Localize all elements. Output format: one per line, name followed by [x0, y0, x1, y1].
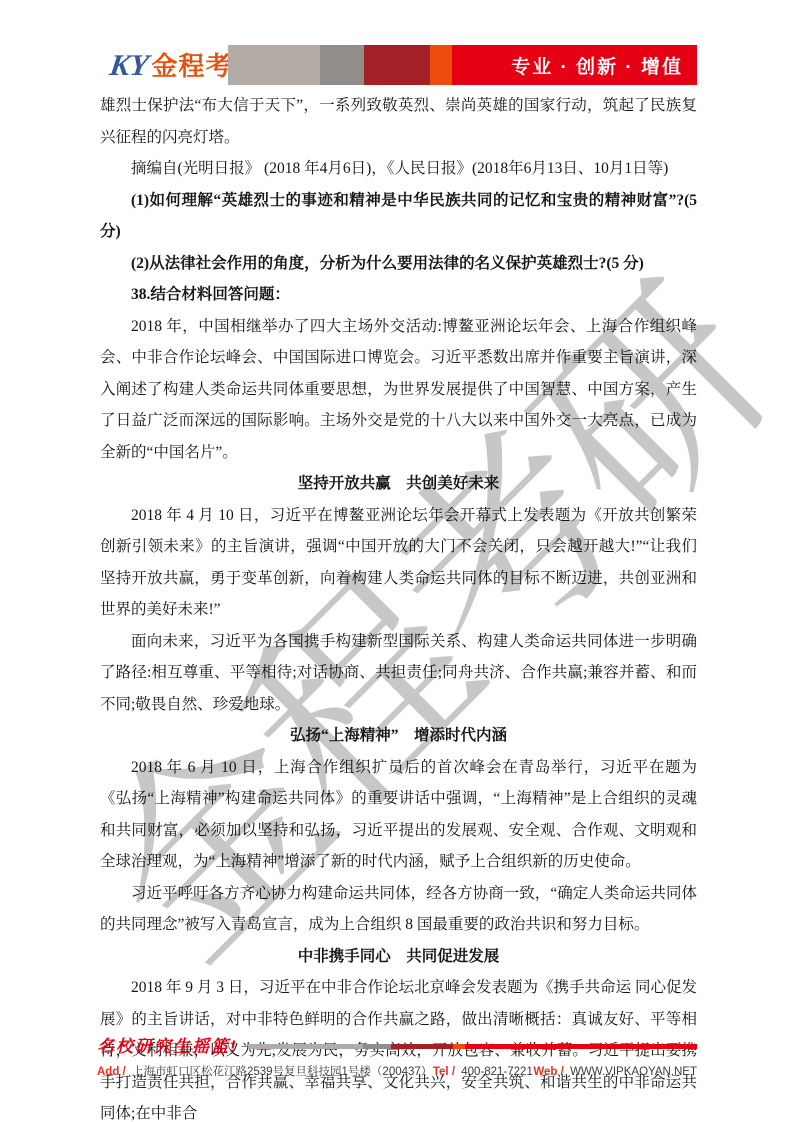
footer-slogan: 名校研究生摇篮!	[97, 1038, 238, 1055]
banner-segment-gray	[228, 45, 320, 85]
footer-bar-segment-darkgray	[363, 1044, 391, 1049]
footer-banner-row: 名校研究生摇篮!	[97, 1038, 697, 1055]
brand-logo-icon: KY	[108, 51, 151, 81]
footer-address: Add / 上海市虹口区松花江路2539号复旦科技园1号楼（200437）	[97, 1063, 432, 1079]
body-paragraph: 2018 年，中国相继举办了四大主场外交活动:博鳌亚洲论坛年会、上海合作组织峰会…	[100, 311, 697, 469]
footer-address-value: 上海市虹口区松花江路2539号复旦科技园1号楼（200437）	[132, 1066, 432, 1078]
body-paragraph: 雄烈士保护法“布大信于天下”，一系列致敬英烈、崇尚英雄的国家行动，筑起了民族复兴…	[100, 90, 697, 153]
banner-segment-darkgray	[320, 45, 364, 85]
footer-tel-value: 400-821-7221	[461, 1066, 533, 1078]
question-item-1: (1)如何理解“英雄烈士的事迹和精神是中华民族共同的记忆和宝贵的精神财富”?(5…	[100, 185, 697, 248]
footer-tel: Tel / 400-821-7221	[433, 1066, 533, 1078]
footer-web-label: Web /	[533, 1066, 563, 1078]
body-paragraph: 2018 年 6 月 10 日，上海合作组织扩员后的首次峰会在青岛举行，习近平在…	[100, 752, 697, 878]
section-heading-china-africa: 中非携手同心 共同促进发展	[100, 941, 697, 973]
source-citation: 摘编自(光明日报》 (2018 年4月6日)，《人民日报》(2018年6月13日…	[100, 153, 697, 185]
banner-slogan: 专业 · 创新 · 增值	[452, 45, 697, 85]
footer-tel-label: Tel /	[433, 1066, 455, 1078]
question-38-title: 38.结合材料回答问题：	[100, 279, 697, 311]
footer-bar-segment-gray	[248, 1044, 363, 1049]
footer-bar-segment-darkred	[391, 1044, 453, 1049]
footer-contact-row: Add / 上海市虹口区松花江路2539号复旦科技园1号楼（200437） Te…	[97, 1063, 697, 1079]
banner-segment-darkred	[364, 45, 430, 85]
body-paragraph: 习近平呼吁各方齐心协力构建命运共同体，经各方协商一致，“确定人类命运共同体的共同…	[100, 878, 697, 941]
footer-web: Web / WWW.VIPKAOYAN.NET	[533, 1066, 697, 1078]
footer-address-label: Add /	[97, 1066, 126, 1078]
question-item-2: (2)从法律社会作用的角度，分析为什么要用法律的名义保护英雄烈士?(5 分)	[100, 248, 697, 280]
document-page: 金程考研 KY 金程考研 专业 · 创新 · 增值 雄烈士保护法“布大信于天下”…	[0, 0, 793, 1122]
banner-segment-orange	[430, 45, 452, 85]
footer-bar	[248, 1044, 697, 1049]
footer-bar-segment-red	[465, 1044, 697, 1049]
footer-web-value: WWW.VIPKAOYAN.NET	[570, 1066, 697, 1078]
section-heading-open-win-win: 坚持开放共赢 共创美好未来	[100, 468, 697, 500]
footer: 名校研究生摇篮! Add / 上海市虹口区松花江路2539号复旦科技园1号楼（2…	[97, 1038, 697, 1079]
body-paragraph: 2018 年 4 月 10 日，习近平在博鳌亚洲论坛年会开幕式上发表题为《开放共…	[100, 500, 697, 626]
footer-bar-segment-orange	[453, 1044, 465, 1049]
section-heading-shanghai-spirit: 弘扬“上海精神” 增添时代内涵	[100, 720, 697, 752]
body-paragraph: 面向未来，习近平为各国携手构建新型国际关系、构建人类命运共同体进一步明确了路径:…	[100, 626, 697, 721]
document-body: 雄烈士保护法“布大信于天下”，一系列致敬英烈、崇尚英雄的国家行动，筑起了民族复兴…	[100, 90, 697, 1122]
header-banner: 专业 · 创新 · 增值	[228, 45, 697, 85]
